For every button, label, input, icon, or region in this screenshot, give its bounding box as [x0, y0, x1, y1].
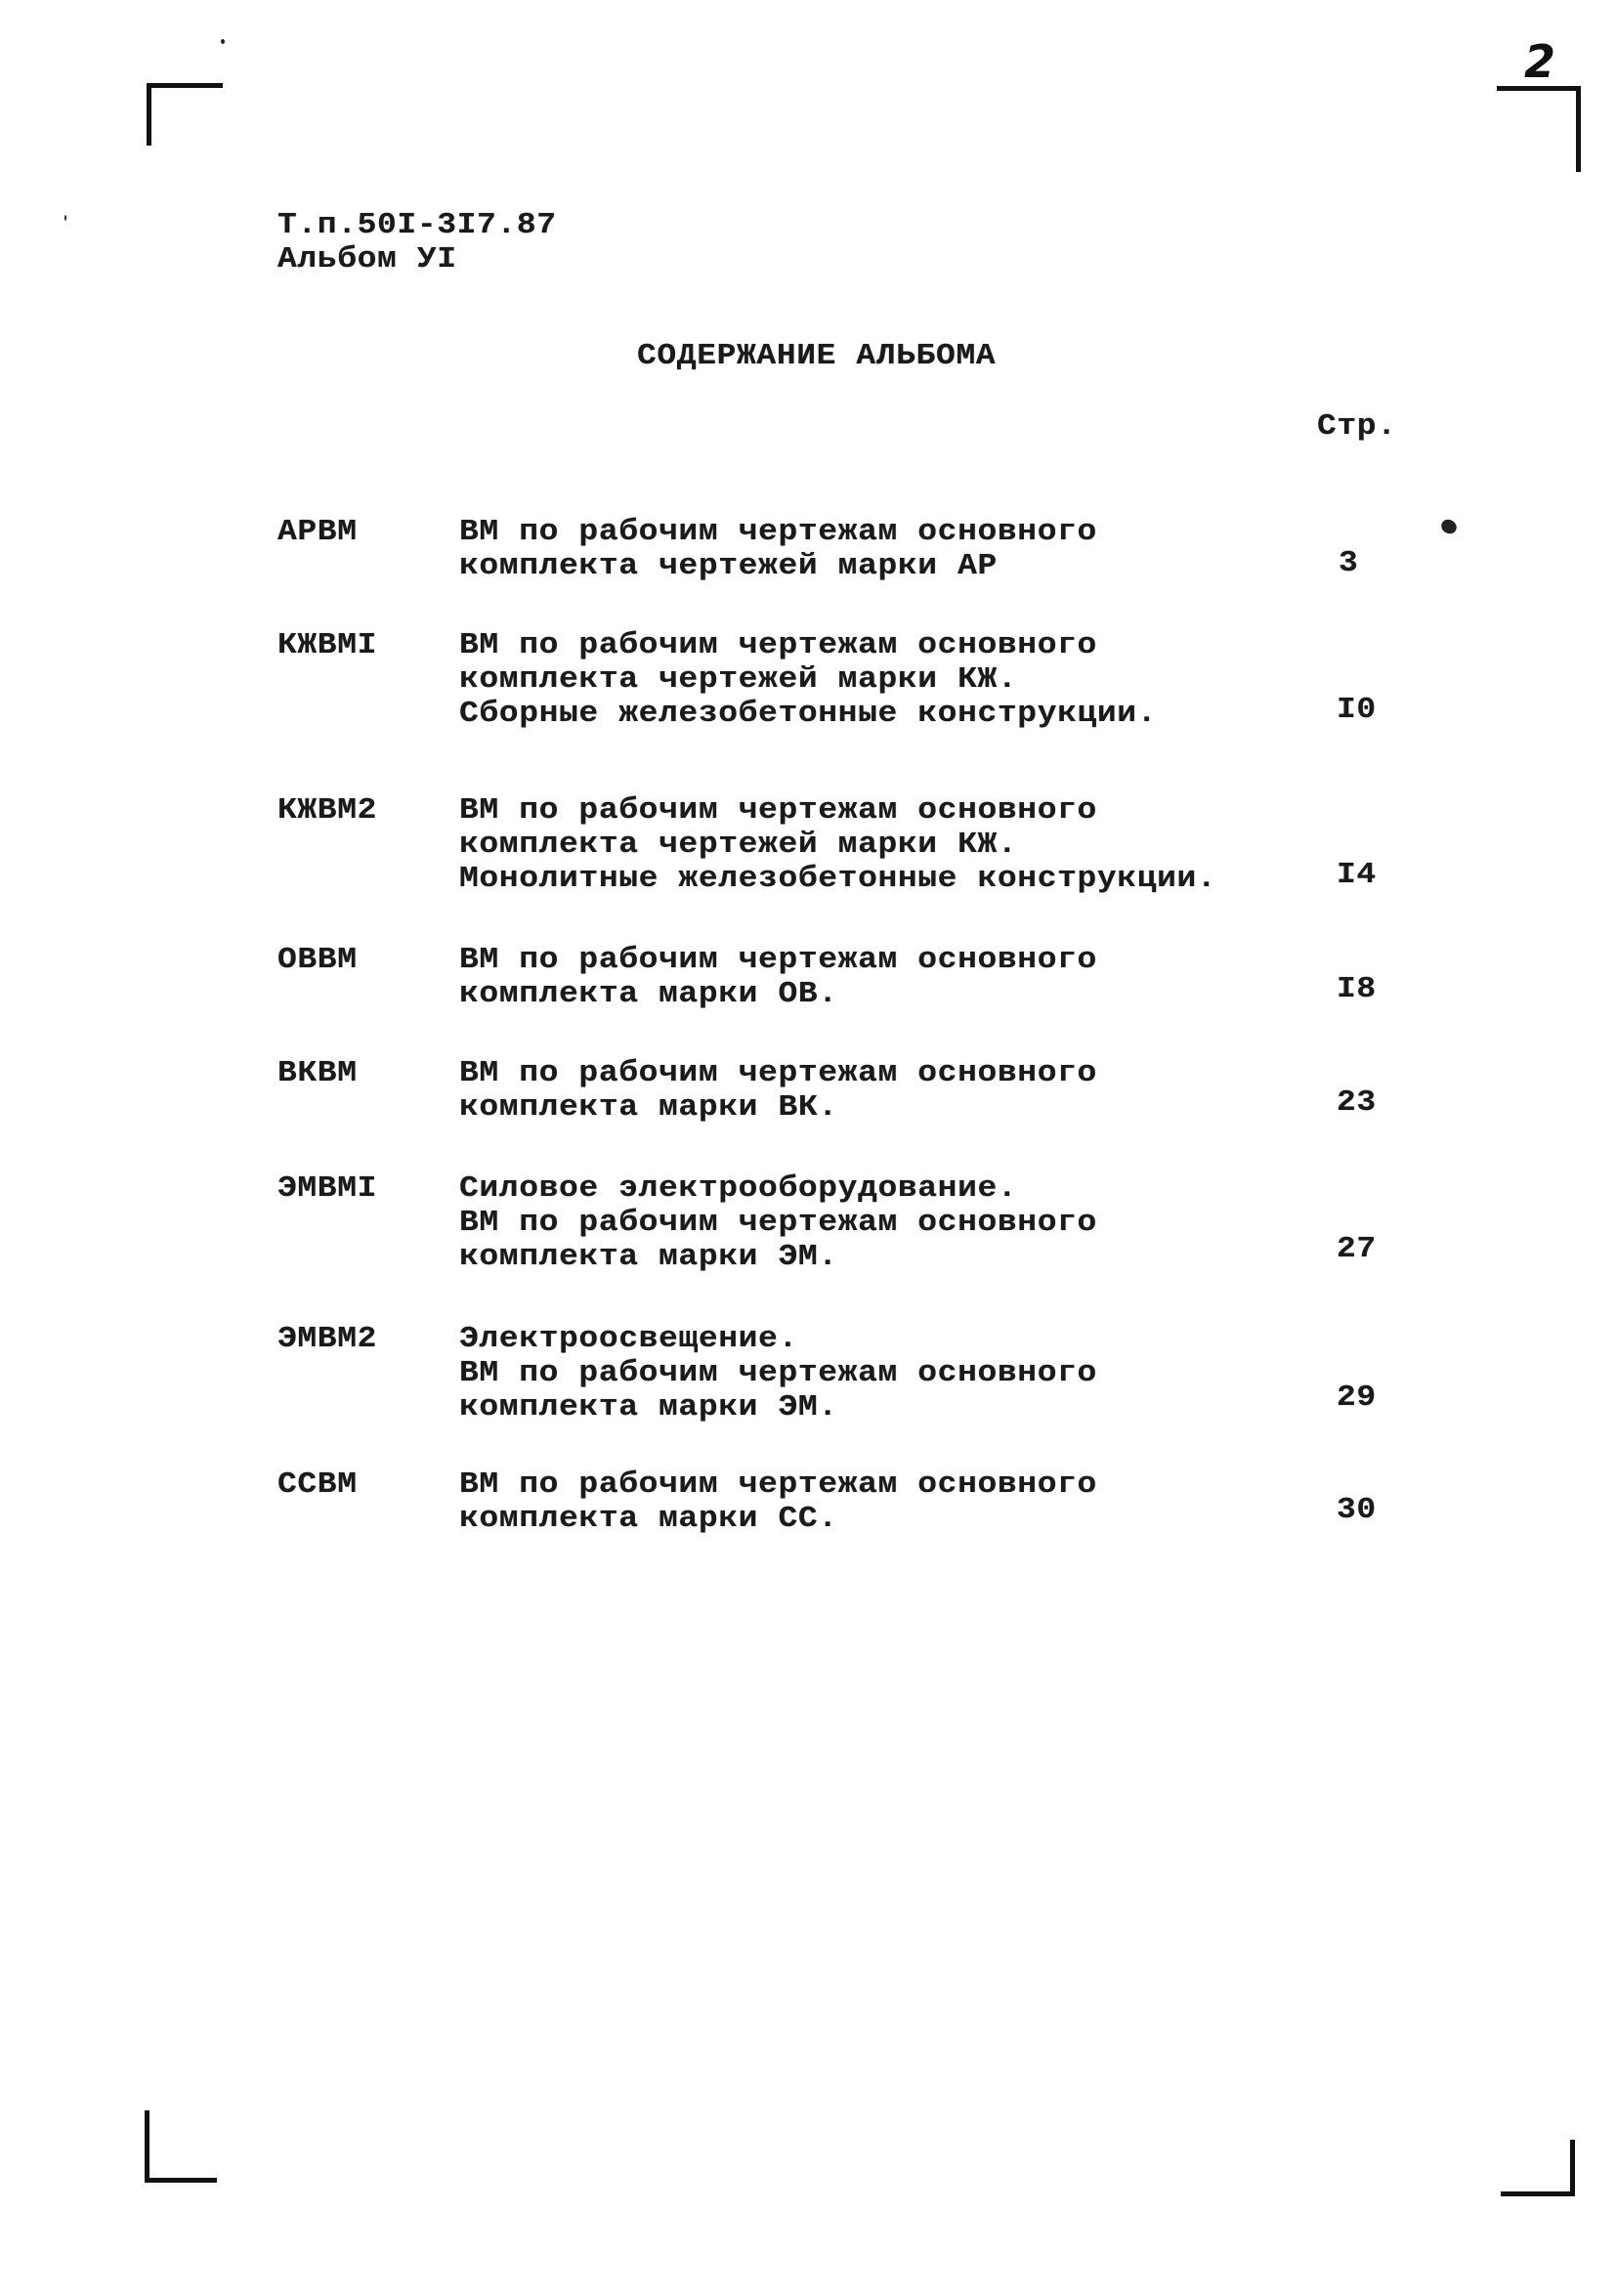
entry-page-number: 3	[1339, 547, 1358, 578]
album-number: Альбом УI	[277, 243, 557, 275]
entry-code: ЭМВМI	[277, 1172, 377, 1204]
entry-description-line: ВМ по рабочим чертежам основного	[459, 1468, 1097, 1500]
entry-description: ВМ по рабочим чертежам основного комплек…	[459, 516, 1097, 584]
entry-description: Электроосвещение. ВМ по рабочим чертежам…	[459, 1323, 1097, 1425]
entry-description-line: комплекта чертежей марки АР	[459, 550, 1097, 581]
page-title: СОДЕРЖАНИЕ АЛЬБОМА	[637, 340, 996, 371]
entry-page-number: 27	[1337, 1233, 1377, 1264]
scan-speck	[221, 39, 225, 44]
entry-code: ОВВМ	[277, 944, 358, 975]
entry-description-line: комплекта марки ОВ.	[459, 978, 1097, 1009]
entry-description: ВМ по рабочим чертежам основного комплек…	[459, 629, 1157, 732]
page-column-label: Стр.	[1317, 410, 1397, 442]
entry-description: ВМ по рабочим чертежам основного комплек…	[459, 1057, 1097, 1126]
entry-description: ВМ по рабочим чертежам основного комплек…	[459, 944, 1097, 1012]
entry-description-line: Сборные железобетонные конструкции.	[459, 698, 1157, 729]
entry-description-line: комплекта марки ЭМ.	[459, 1391, 1097, 1423]
sheet-number: 2	[1524, 35, 1555, 88]
entry-code: ВКВМ	[277, 1057, 358, 1088]
entry-description: ВМ по рабочим чертежам основного комплек…	[459, 1468, 1097, 1537]
entry-code: КЖВМI	[277, 629, 377, 660]
entry-description: ВМ по рабочим чертежам основного комплек…	[459, 794, 1216, 897]
entry-description-line: комплекта марки ВК.	[459, 1091, 1097, 1123]
entry-code: КЖВМ2	[277, 794, 377, 826]
entry-page-number: I0	[1337, 694, 1377, 725]
entry-description-line: ВМ по рабочим чертежам основного	[459, 944, 1097, 975]
entry-description-line: ВМ по рабочим чертежам основного	[459, 1357, 1097, 1388]
entry-code: ССВМ	[277, 1468, 358, 1500]
entry-code: АРВМ	[277, 516, 358, 547]
document-header: Т.п.50I-3I7.87 Альбом УI	[277, 209, 557, 277]
entry-description-line: Силовое электрооборудование.	[459, 1172, 1097, 1204]
scan-speck	[1439, 517, 1460, 536]
entry-description-line: ВМ по рабочим чертежам основного	[459, 1207, 1097, 1238]
entry-description-line: ВМ по рабочим чертежам основного	[459, 516, 1097, 547]
entry-description-line: комплекта чертежей марки КЖ.	[459, 663, 1157, 695]
entry-description-line: комплекта марки СС.	[459, 1503, 1097, 1534]
entry-page-number: I8	[1337, 973, 1377, 1004]
entry-description: Силовое электрооборудование. ВМ по рабоч…	[459, 1172, 1097, 1275]
entry-description-line: Электроосвещение.	[459, 1323, 1097, 1354]
entry-description-line: ВМ по рабочим чертежам основного	[459, 629, 1157, 660]
project-designation: Т.п.50I-3I7.87	[277, 209, 557, 240]
entry-description-line: комплекта марки ЭМ.	[459, 1241, 1097, 1272]
entry-code: ЭМВМ2	[277, 1323, 377, 1354]
entry-page-number: 30	[1337, 1494, 1377, 1525]
scan-speck	[64, 215, 66, 221]
entry-description-line: комплекта чертежей марки КЖ.	[459, 829, 1216, 860]
entry-description-line: Монолитные железобетонные конструкции.	[459, 863, 1216, 894]
entry-page-number: I4	[1337, 859, 1377, 890]
entry-description-line: ВМ по рабочим чертежам основного	[459, 1057, 1097, 1088]
entry-page-number: 23	[1337, 1086, 1377, 1118]
entry-description-line: ВМ по рабочим чертежам основного	[459, 794, 1216, 826]
entry-page-number: 29	[1337, 1382, 1377, 1413]
